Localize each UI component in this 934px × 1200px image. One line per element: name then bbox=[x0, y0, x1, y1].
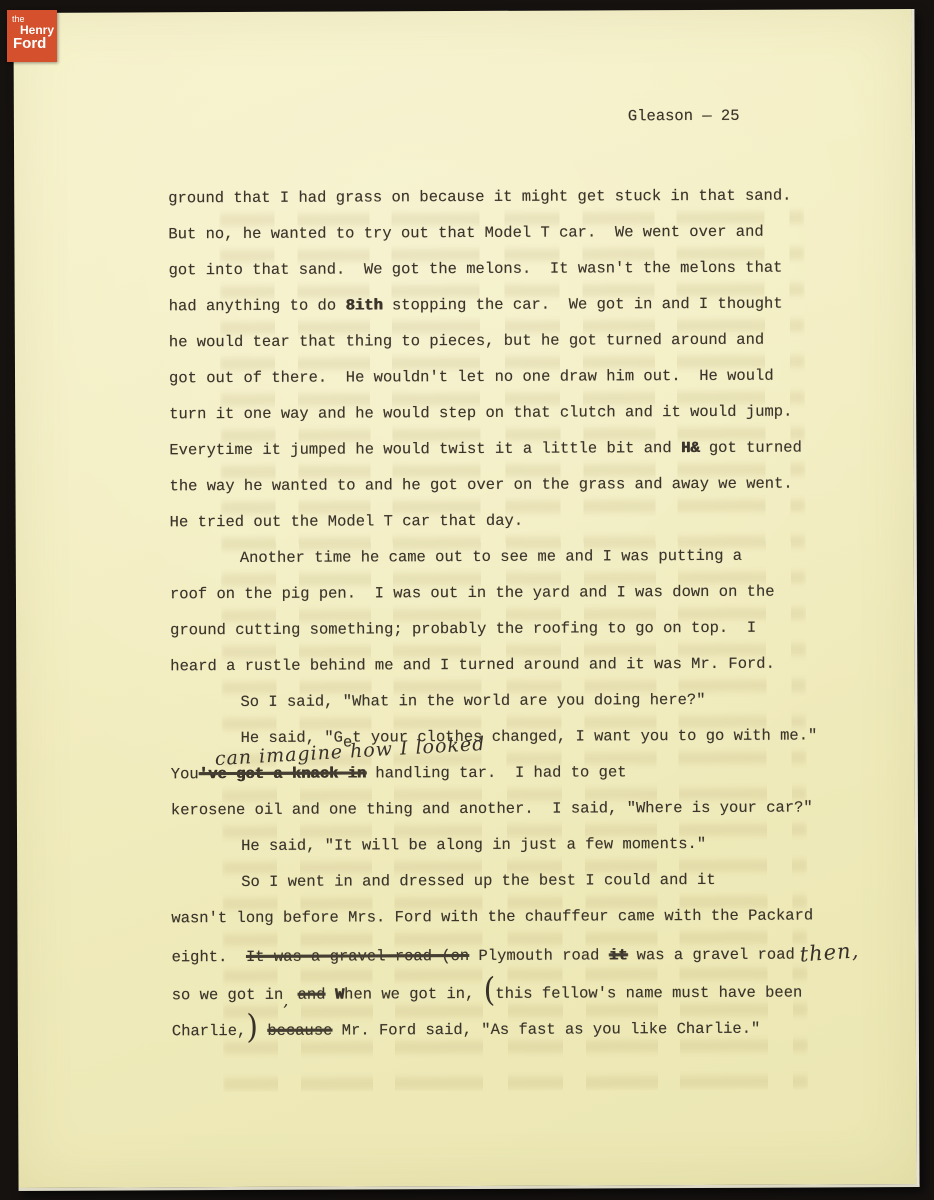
typed-segment: wasn't long before Mrs. Ford with the ch… bbox=[171, 906, 813, 927]
typed-segment: Everytime it jumped he would twist it a … bbox=[169, 439, 681, 459]
typed-segment: got into that sand. We got the melons. I… bbox=[169, 259, 783, 280]
typed-line: Everytime it jumped he would twist it a … bbox=[169, 429, 889, 468]
typed-segment: turn it one way and he would step on tha… bbox=[169, 403, 792, 424]
typed-segment: Plymouth road bbox=[469, 946, 609, 965]
typed-segment: heard a rustle behind me and I turned ar… bbox=[170, 655, 775, 676]
typed-segment: Another time he came out to see me and I… bbox=[240, 547, 742, 567]
typed-segment: eight. bbox=[172, 948, 246, 966]
typed-segment: He tried out the Model T car that day. bbox=[170, 512, 524, 532]
typed-segment-overtype: 8ith bbox=[345, 296, 382, 314]
typed-segment-strikeover: it bbox=[609, 946, 628, 964]
document-page: Gleason — 25 ground that I had grass on … bbox=[13, 9, 919, 1191]
typed-segment-strike: and bbox=[298, 986, 326, 1004]
typed-segment-handparen: ( bbox=[484, 971, 496, 1011]
typed-segment: this fellow's name must have been bbox=[495, 984, 802, 1003]
typed-segment: got out of there. He wouldn't let no one… bbox=[169, 367, 774, 388]
typed-line: kerosene oil and one thing and another. … bbox=[171, 789, 891, 828]
typed-line: eight. It was a gravel road (on Plymouth… bbox=[171, 933, 891, 972]
typed-line: got into that sand. We got the melons. I… bbox=[168, 249, 888, 288]
typed-segment: the way he wanted to and he got over on … bbox=[169, 475, 792, 496]
typed-line: ground cutting something; probably the r… bbox=[170, 609, 890, 648]
typed-line: But no, he wanted to try out that Model … bbox=[168, 213, 888, 252]
typed-line: Another time he came out to see me and I… bbox=[170, 537, 890, 576]
typed-line: had anything to do 8ith stopping the car… bbox=[169, 285, 889, 324]
typed-segment: But no, he wanted to try out that Model … bbox=[168, 223, 763, 244]
typed-line: heard a rustle behind me and I turned ar… bbox=[170, 645, 890, 684]
typed-segment-strike: because bbox=[267, 1022, 332, 1040]
typed-segment: roof on the pig pen. I was out in the ya… bbox=[170, 583, 775, 604]
typed-line: He tried out the Model T car that day. bbox=[170, 501, 890, 540]
typed-segment bbox=[325, 986, 334, 1004]
typed-segment: kerosene oil and one thing and another. … bbox=[171, 798, 813, 819]
typed-segment: he would tear that thing to pieces, but … bbox=[169, 331, 764, 352]
typed-segment: Mr. Ford said, "As fast as you like Char… bbox=[332, 1020, 760, 1040]
typed-segment: He said, "It will be along in just a few… bbox=[241, 835, 706, 855]
typed-segment: stopping the car. We got in and I though… bbox=[383, 295, 783, 315]
typed-line: Charlie,) because Mr. Ford said, "As fas… bbox=[172, 1005, 892, 1044]
typed-line: So I went in and dressed up the best I c… bbox=[171, 861, 891, 900]
typed-text: ground that I had grass on because it mi… bbox=[168, 177, 892, 1044]
typed-line: turn it one way and he would step on tha… bbox=[169, 393, 889, 432]
typed-line: got out of there. He wouldn't let no one… bbox=[169, 357, 889, 396]
typed-segment: ground that I had grass on because it mi… bbox=[168, 187, 791, 208]
typed-segment: ground cutting something; probably the r… bbox=[170, 619, 756, 640]
typed-line: he would tear that thing to pieces, but … bbox=[169, 321, 889, 360]
typed-line: wasn't long before Mrs. Ford with the ch… bbox=[171, 897, 891, 936]
typed-segment: So I said, "What in the world are you do… bbox=[240, 691, 705, 711]
scanned-page-background: Gleason — 25 ground that I had grass on … bbox=[0, 0, 934, 1200]
typed-line: so we got in, and When we got in, (this … bbox=[172, 969, 892, 1008]
typed-segment: was a gravel road bbox=[627, 946, 795, 965]
typed-segment: hen we got in, bbox=[344, 985, 484, 1004]
typed-segment-strike: It was a gravel road (on bbox=[246, 947, 469, 966]
typed-segment-overtype: H& bbox=[681, 439, 700, 457]
logo-ford: Ford bbox=[13, 37, 57, 51]
typed-line: roof on the pig pen. I was out in the ya… bbox=[170, 573, 890, 612]
henry-ford-logo: the Henry Ford bbox=[7, 10, 57, 62]
typed-segment: You bbox=[171, 765, 199, 783]
typed-line: He said, "It will be along in just a few… bbox=[171, 825, 891, 864]
page-header: Gleason — 25 bbox=[628, 106, 740, 126]
typed-line: ground that I had grass on because it mi… bbox=[168, 177, 888, 216]
typed-line: You've got a knack in handling tar. I ha… bbox=[171, 753, 891, 792]
typed-line: the way he wanted to and he got over on … bbox=[169, 465, 889, 504]
typed-segment: had anything to do bbox=[169, 297, 346, 316]
typed-segment-handparen: ) bbox=[246, 1008, 258, 1048]
typed-segment: Charlie, bbox=[172, 1022, 246, 1040]
typed-segment: so we got in bbox=[172, 986, 284, 1004]
typed-segment: So I went in and dressed up the best I c… bbox=[241, 871, 715, 891]
typed-line: So I said, "What in the world are you do… bbox=[170, 681, 890, 720]
typed-segment bbox=[288, 986, 297, 1004]
typed-segment: got turned bbox=[700, 439, 802, 457]
typed-segment-hand: then, bbox=[799, 932, 861, 972]
